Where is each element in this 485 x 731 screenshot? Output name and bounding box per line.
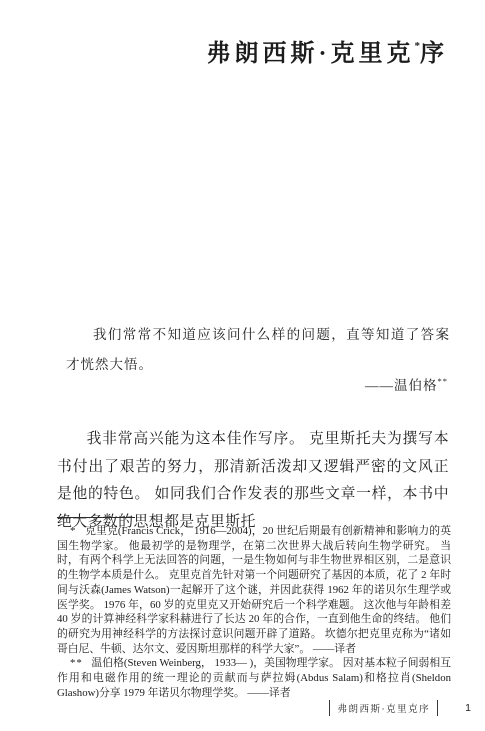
quote-attribution: ——温伯格**: [57, 374, 448, 394]
attribution-footnote-marker: **: [438, 376, 449, 386]
footnote-divider: [57, 517, 135, 518]
footnote-weinberg-marker: **: [70, 657, 83, 669]
footnote-crick-text: 克里克(Francis Crick， 1916—2004)，20 世纪后期最有创…: [57, 525, 451, 655]
attribution-text: ——温伯格: [365, 378, 438, 393]
footnote-crick-marker: *: [70, 525, 76, 537]
page-number: 1: [465, 702, 471, 714]
title-text: 弗朗西斯·克里克: [206, 41, 414, 67]
page-title: 弗朗西斯·克里克*序: [57, 33, 448, 68]
page-footer: 弗朗西斯·克里克序 1: [329, 700, 471, 716]
footnote-weinberg: **温伯格(Steven Weinberg， 1933— )，美国物理学家。 因…: [57, 656, 451, 700]
title-text-suffix: 序: [420, 41, 448, 67]
running-title: 弗朗西斯·克里克序: [329, 700, 438, 716]
body-paragraph: 我非常高兴能为这本佳作写序。 克里斯托夫为撰写本书付出了艰苦的努力，那清新活泼却…: [57, 426, 449, 536]
book-page: 弗朗西斯·克里克*序 我们常常不知道应该问什么样的问题，直等知道了答案才恍然大悟…: [0, 0, 485, 731]
epigraph-quote: 我们常常不知道应该问什么样的问题，直等知道了答案才恍然大悟。: [66, 320, 450, 380]
footnote-weinberg-text: 温伯格(Steven Weinberg， 1933— )，美国物理学家。 因对基…: [57, 657, 451, 698]
quote-text: 我们常常不知道应该问什么样的问题，直等知道了答案才恍然大悟。: [66, 320, 450, 380]
footnote-crick: *克里克(Francis Crick， 1916—2004)，20 世纪后期最有…: [57, 524, 451, 656]
footnotes-section: *克里克(Francis Crick， 1916—2004)，20 世纪后期最有…: [57, 524, 451, 700]
